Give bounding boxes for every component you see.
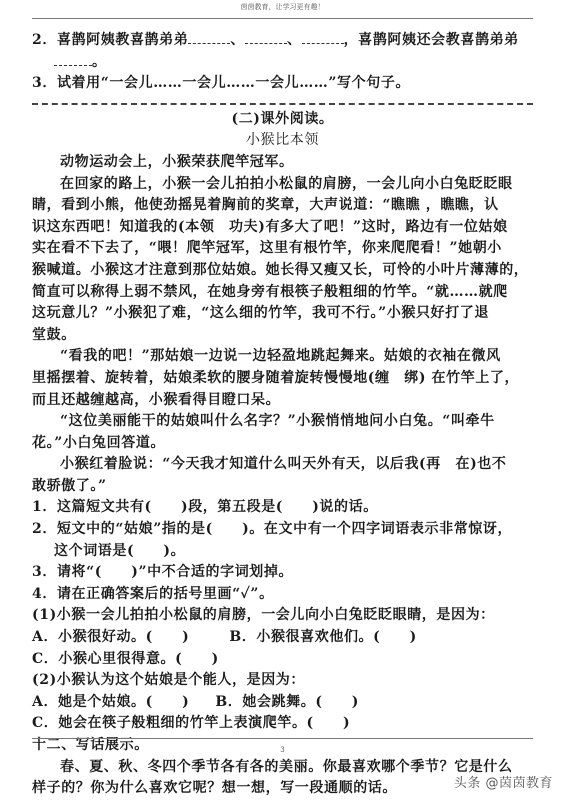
sub-question-2-option-c: C．她会在筷子般粗细的竹竿上表演爬竿。( ) — [32, 713, 533, 735]
story-line: 而且还越缠越高，小猴看得目瞪口呆。 — [32, 390, 533, 412]
question-3: 3．试着用“一会儿……一会儿……一会儿……”写个句子。 — [32, 73, 533, 95]
story-paragraph-3: “看我的吧！”那姑娘一边说一边轻盈地跳起舞来。姑娘的衣袖在微风 里摇摆着、旋转着… — [32, 346, 533, 411]
answer-blank[interactable] — [188, 33, 230, 44]
story-line: 实在看不下去了，“喂！爬竿冠军，这里有根竹竿，你来爬爬看！”她朝小 — [32, 238, 533, 260]
period: 。 — [92, 54, 107, 70]
option-a[interactable]: A．她是个姑娘。( ) — [32, 694, 189, 710]
story-line: 花。”小白兔回答道。 — [32, 433, 533, 455]
dashed-divider — [32, 103, 533, 105]
story-paragraph-4: “这位美丽能干的姑娘叫什么名字？”小猴悄悄地问小白兔。“叫牵牛 花。”小白兔回答… — [32, 411, 533, 454]
option-b[interactable]: B．她会跳舞。( ) — [215, 694, 359, 710]
reading-question-3: 3．请将“( )”中不合适的字词划掉。 — [32, 562, 533, 584]
story-line: 简直可以称得上弱不禁风，在她身旁有根筷子般粗细的竹竿。“就……就爬 — [32, 282, 533, 304]
question-number: 3． — [32, 75, 57, 91]
story-line: 在回家的路上，小猴一会儿拍拍小松鼠的肩膀，一会儿向小白兔眨眨眼 — [32, 174, 533, 196]
answer-blank[interactable] — [54, 55, 92, 66]
sub-question-1-stem: (1)小猴一会儿拍拍小松鼠的肩膀，一会儿向小白兔眨眨眼睛，是因为： — [32, 605, 533, 627]
option-a[interactable]: A．小猴很好动。( ) — [32, 629, 189, 645]
reading-question-2: 2．短文中的“姑娘”指的是( )。在文中有一个四字词语表示非常惊讶， — [32, 519, 533, 541]
story-title: 小猴比本领 — [32, 130, 533, 152]
story-line: 敢骄傲了。” — [32, 476, 533, 498]
sub-question-2-options-ab: A．她是个姑娘。( )B．她会跳舞。( ) — [32, 692, 533, 714]
worksheet-content: 2．喜鹊阿姨教喜鹊弟弟、、，喜鹊阿姨还会教喜鹊弟弟 。 3．试着用“一会儿……一… — [32, 30, 533, 800]
question-2-continuation: 。 — [32, 52, 533, 74]
reading-question-2-continuation: 这个词语是( )。 — [32, 541, 533, 563]
page-header: 茵茵教育，让学习更有趣！ — [32, 0, 533, 19]
reading-question-4: 4．请在正确答案后的括号里画“✓”。 — [32, 584, 533, 606]
story-line: “看我的吧！”那姑娘一边说一边轻盈地跳起舞来。姑娘的衣袖在微风 — [32, 346, 533, 368]
story-paragraph-1: 动物运动会上，小猴荣获爬竿冠军。 — [32, 152, 533, 174]
page-number: 3 — [0, 746, 565, 754]
question-text: 试着用“一会儿……一会儿……一会儿……”写个句子。 — [57, 75, 410, 91]
option-b[interactable]: B．小猴很喜欢他们。( ) — [229, 629, 416, 645]
watermark: 头条 @茵茵教育 — [454, 772, 553, 791]
story-line: 动物运动会上，小猴荣获爬竿冠军。 — [32, 152, 533, 174]
question-2: 2．喜鹊阿姨教喜鹊弟弟、、，喜鹊阿姨还会教喜鹊弟弟 — [32, 30, 533, 52]
sub-question-1-options-ab: A．小猴很好动。( )B．小猴很喜欢他们。( ) — [32, 627, 533, 649]
story-line: 里摇摆着、旋转着，姑娘柔软的腰身随着旋转慢慢地(缠 绑) 在竹竿上了， — [32, 368, 533, 390]
story-line: 这玩意儿？”小猴犯了难，“这么细的竹竿，我可不行。”小猴只好打了退 — [32, 303, 533, 325]
question-text: ，喜鹊阿姨还会教喜鹊弟弟 — [344, 32, 519, 48]
story-line: 识这东西吧！知道我的(本领 功夫)有多大了吧！”这时，路边有一位姑娘 — [32, 217, 533, 239]
separator: 、 — [287, 32, 302, 48]
sub-question-2-stem: (2)小猴认为这个姑娘是个能人，是因为： — [32, 670, 533, 692]
story-line: 猴喊道。小猴这才注意到那位姑娘。她长得又瘦又长，可怜的小叶片薄薄的， — [32, 260, 533, 282]
section-title: (二)课外阅读。 — [32, 109, 533, 131]
story-line: “这位美丽能干的姑娘叫什么名字？”小猴悄悄地问小白兔。“叫牵牛 — [32, 411, 533, 433]
option-c[interactable]: C．她会在筷子般粗细的竹竿上表演爬竿。( ) — [32, 715, 350, 731]
footer-divider — [32, 738, 533, 739]
answer-blank[interactable] — [245, 33, 287, 44]
option-c[interactable]: C．小猴心里很得意。( ) — [32, 651, 219, 667]
story-paragraph-2: 在回家的路上，小猴一会儿拍拍小松鼠的肩膀，一会儿向小白兔眨眨眼 睛，看到小熊，他… — [32, 174, 533, 347]
question-number: 2． — [32, 32, 57, 48]
header-text: 茵茵教育，让学习更有趣！ — [241, 3, 325, 11]
question-text: 喜鹊阿姨教喜鹊弟弟 — [57, 32, 188, 48]
story-line: 堂鼓。 — [32, 325, 533, 347]
reading-question-1: 1．这篇短文共有( )段，第五段是( )说的话。 — [32, 497, 533, 519]
story-paragraph-5: 小猴红着脸说：“今天我才知道什么叫天外有天，以后我(再 在)也不 敢骄傲了。” — [32, 454, 533, 497]
separator: 、 — [230, 32, 245, 48]
story-line: 小猴红着脸说：“今天我才知道什么叫天外有天，以后我(再 在)也不 — [32, 454, 533, 476]
answer-blank[interactable] — [302, 33, 344, 44]
sub-question-1-option-c: C．小猴心里很得意。( ) — [32, 649, 533, 671]
story-line: 睛，看到小熊，他使劲摇晃着胸前的奖章，大声说道：“瞧瞧 ，瞧瞧，认 — [32, 195, 533, 217]
